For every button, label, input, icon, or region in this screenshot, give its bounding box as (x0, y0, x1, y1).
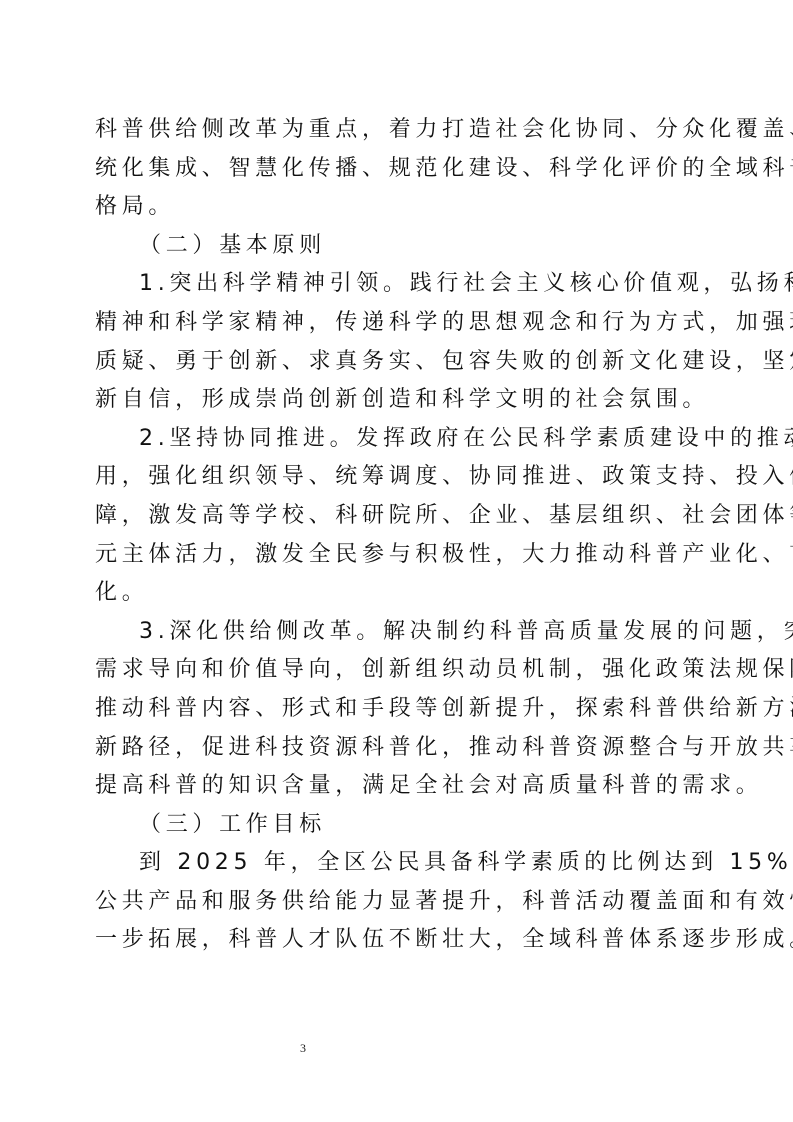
paragraph-line: 一步拓展，科普人才队伍不断壮大，全域科普体系逐步形成。科 (95, 921, 701, 960)
paragraph-line: 精神和科学家精神，传递科学的思想观念和行为方式，加强理性 (95, 304, 701, 343)
paragraph-line: 需求导向和价值导向，创新组织动员机制，强化政策法规保障， (95, 651, 701, 690)
paragraph-line: 1.突出科学精神引领。践行社会主义核心价值观，弘扬科学 (95, 265, 701, 304)
section-heading-basic-principles: （二）基本原则 (95, 227, 701, 266)
paragraph-line: 新路径，促进科技资源科普化，推动科普资源整合与开放共享， (95, 729, 701, 768)
paragraph-line: 质疑、勇于创新、求真务实、包容失败的创新文化建设，坚定创 (95, 343, 701, 382)
document-page: 科普供给侧改革为重点，着力打造社会化协同、分众化覆盖、系 统化集成、智慧化传播、… (0, 0, 793, 1122)
paragraph-line: 统化集成、智慧化传播、规范化建设、科学化评价的全域科普新 (95, 150, 701, 189)
paragraph-line: 元主体活力，激发全民参与积极性，大力推动科普产业化、市场 (95, 536, 701, 575)
paragraph-line: 3.深化供给侧改革。解决制约科普高质量发展的问题，突出 (95, 613, 701, 652)
paragraph-line: 科普供给侧改革为重点，着力打造社会化协同、分众化覆盖、系 (95, 111, 701, 150)
paragraph-line: 2.坚持协同推进。发挥政府在公民科学素质建设中的推动作 (95, 420, 701, 459)
paragraph-line: 障，激发高等学校、科研院所、企业、基层组织、社会团体等多 (95, 497, 701, 536)
document-body: 科普供给侧改革为重点，着力打造社会化协同、分众化覆盖、系 统化集成、智慧化传播、… (95, 111, 701, 960)
page-number: 3 (300, 1041, 306, 1056)
paragraph-line: 用，强化组织领导、统筹调度、协同推进、政策支持、投入保 (95, 458, 701, 497)
paragraph-line: 化。 (95, 574, 701, 613)
paragraph-line: 提高科普的知识含量，满足全社会对高质量科普的需求。 (95, 767, 701, 806)
paragraph-line: 推动科普内容、形式和手段等创新提升，探索科普供给新方法、 (95, 690, 701, 729)
section-heading-work-goals: （三）工作目标 (95, 806, 701, 845)
paragraph-line: 到 2025 年，全区公民具备科学素质的比例达到 15%。科普 (95, 844, 701, 883)
paragraph-line: 新自信，形成崇尚创新创造和科学文明的社会氛围。 (95, 381, 701, 420)
paragraph-line: 公共产品和服务供给能力显著提升，科普活动覆盖面和有效性进 (95, 883, 701, 922)
paragraph-line: 格局。 (95, 188, 701, 227)
